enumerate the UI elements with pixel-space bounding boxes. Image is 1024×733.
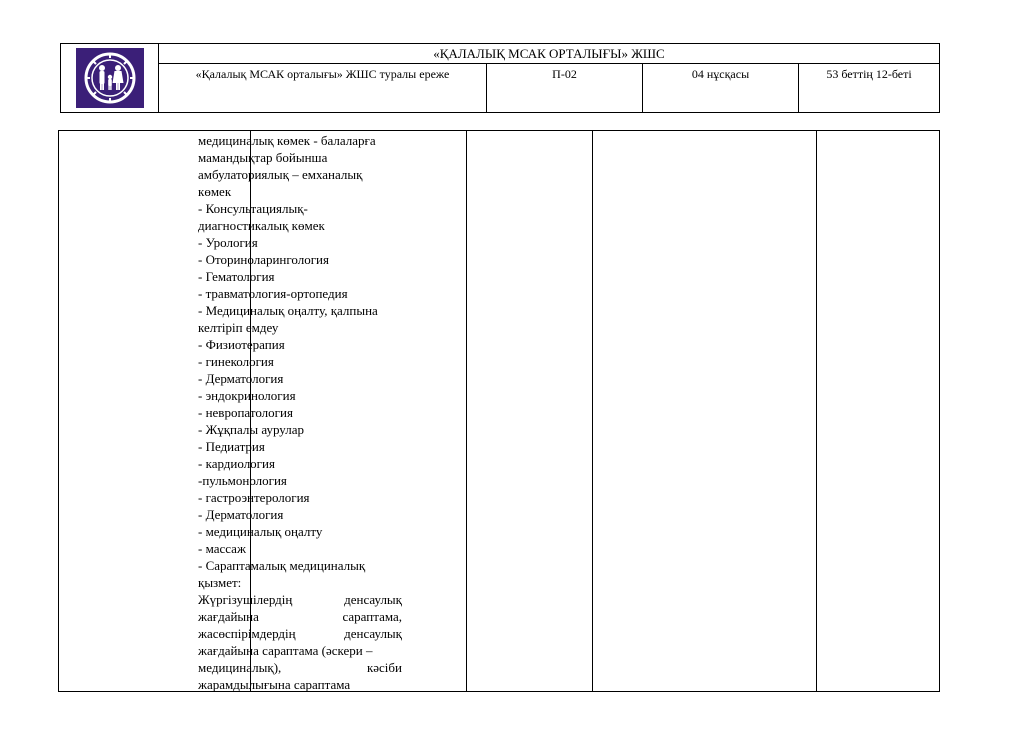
paragraph-line: Жүргізушілердіңденсаулық — [198, 591, 402, 608]
list-item: - невропатология — [198, 404, 402, 421]
list-item: - Физиотерапия — [198, 336, 402, 353]
word: денсаулық — [344, 591, 402, 608]
paragraph-line: медициналық),кәсіби — [198, 659, 402, 676]
list-item: - Педиатрия — [198, 438, 402, 455]
list-item: - Урология — [198, 234, 402, 251]
paragraph-line: жарамдылығына сараптама — [198, 676, 402, 693]
list-item: - Жұқпалы аурулар — [198, 421, 402, 438]
services-list: медициналық көмек - балаларғамамандықтар… — [198, 132, 402, 693]
page-info: 53 беттің 12-беті — [799, 64, 939, 112]
list-item: - гинекология — [198, 353, 402, 370]
list-item: медициналық көмек - балаларға — [198, 132, 402, 149]
doc-code: П-02 — [487, 64, 643, 112]
logo-cell — [61, 44, 159, 112]
list-item: - Медициналық оңалту, қалпына — [198, 302, 402, 319]
list-item: - травматология-ортопедия — [198, 285, 402, 302]
list-item: - Консультациялық- — [198, 200, 402, 217]
list-item: -пульмонология — [198, 472, 402, 489]
list-item: - Сараптамалық медициналық — [198, 557, 402, 574]
word: кәсіби — [367, 659, 402, 676]
org-title: «ҚАЛАЛЫҚ МСАК ОРТАЛЫҒЫ» ЖШС — [159, 44, 939, 64]
list-item: келтіріп емдеу — [198, 319, 402, 336]
list-item: диагностикалық көмек — [198, 217, 402, 234]
list-item: - эндокринология — [198, 387, 402, 404]
word: Жүргізушілердің — [198, 591, 292, 608]
table-cell-e — [817, 131, 939, 691]
word: жағдайына — [198, 608, 259, 625]
list-item: - Оториноларингология — [198, 251, 402, 268]
list-item: көмек — [198, 183, 402, 200]
word: денсаулық — [344, 625, 402, 642]
word: жасөспірімдердің — [198, 625, 296, 642]
family-logo-icon — [76, 48, 144, 108]
list-item: - массаж — [198, 540, 402, 557]
document-header: «ҚАЛАЛЫҚ МСАК ОРТАЛЫҒЫ» ЖШС «Қалалық МСА… — [60, 43, 940, 113]
list-item: - гастроэнтерология — [198, 489, 402, 506]
word: сараптама, — [342, 608, 402, 625]
list-item: - Дерматология — [198, 506, 402, 523]
list-item: қызмет: — [198, 574, 402, 591]
table-cell-d — [593, 131, 817, 691]
list-item: - медициналық оңалту — [198, 523, 402, 540]
doc-title: «Қалалық МСАК орталығы» ЖШС туралы ереже — [159, 64, 487, 112]
list-item: - Гематология — [198, 268, 402, 285]
paragraph-line: жағдайына сараптама (әскери – — [198, 642, 402, 659]
doc-version: 04 нұсқасы — [643, 64, 799, 112]
word: жағдайына сараптама (әскери – — [198, 642, 373, 659]
list-item: - Дерматология — [198, 370, 402, 387]
list-item: амбулаториялық – емханалық — [198, 166, 402, 183]
paragraph-line: жағдайынасараптама, — [198, 608, 402, 625]
word: медициналық), — [198, 659, 281, 676]
paragraph-line: жасөспірімдердіңденсаулық — [198, 625, 402, 642]
list-item: мамандықтар бойынша — [198, 149, 402, 166]
content-table — [58, 130, 940, 692]
list-item: - кардиология — [198, 455, 402, 472]
table-cell-c — [467, 131, 593, 691]
